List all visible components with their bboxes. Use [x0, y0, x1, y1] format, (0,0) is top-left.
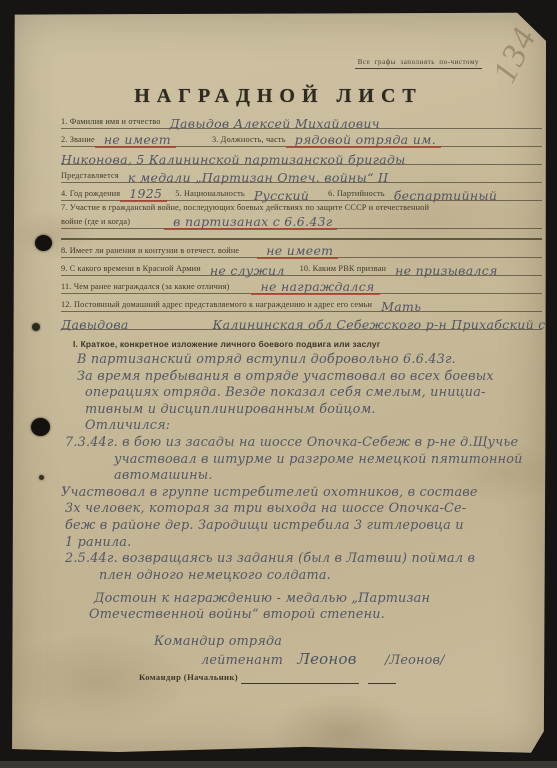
- field-birth-nationality-party-row: 4. Год рождения 1925 5. Национальность Р…: [61, 183, 542, 201]
- field-rvk-value: не призывался: [386, 264, 503, 277]
- field-presented-row: Представляется к медали „Партизан Отеч. …: [61, 165, 542, 183]
- field-party-value: беспартийный: [385, 189, 503, 202]
- punch-hole: [32, 323, 40, 331]
- field-war-participation-label: 7. Участие в гражданской войне, последую…: [61, 203, 429, 214]
- summary-conclusion-line: Достоин к награждению - медалью „Партиза…: [61, 592, 542, 606]
- field-party-label: 6. Партийность: [328, 189, 385, 200]
- summary-line: В партизанский отряд вступил добровольно…: [61, 353, 542, 367]
- award-form: 1. Фамилия имя и отчество Давыдов Алексе…: [61, 111, 542, 668]
- field-home-address-value-3: Калининская обл Себежского р-н Прихабски…: [204, 318, 557, 331]
- commander-signature: Леонов: [287, 650, 366, 668]
- field-army-since-label: 9. С какого времени в Красной Армии: [61, 264, 201, 275]
- summary-line: Участвовал в группе истребителей охотник…: [61, 486, 542, 500]
- summary-line: беж в районе дер. Зародищи истребила 3 г…: [61, 519, 542, 533]
- field-home-address-value-2: Давыдова: [61, 318, 134, 331]
- printed-signature-block: Командир (Начальник): [139, 672, 396, 684]
- field-previous-awards-label: 11. Чем ранее награждался (за какие отли…: [61, 282, 229, 293]
- award-sheet-page: 134 Все графы заполнять по-чистому НАГРА…: [11, 12, 546, 755]
- summary-line: 2.5.44г. возвращаясь из задания (был в Л…: [61, 552, 542, 566]
- field-previous-awards-row: 11. Чем ранее награждался (за какие отли…: [61, 276, 542, 294]
- field-rank-label: 2. Звание: [61, 135, 95, 146]
- summary-line: 7.3.44г. в бою из засады на шоссе Опочка…: [61, 436, 542, 450]
- summary-line: 1 ранила.: [61, 536, 542, 550]
- field-birth-year-label: 4. Год рождения: [61, 189, 120, 200]
- field-position-value: рядовой отряда им.: [286, 133, 441, 148]
- signature-line: лейтенант Леонов /Леонов/: [61, 652, 542, 668]
- summary-body: В партизанский отряд вступил добровольно…: [61, 353, 542, 668]
- field-war-participation-value: в партизанах с 6.6.43г: [164, 215, 337, 230]
- field-nationality-label: 5. Национальность: [175, 189, 245, 200]
- field-name-value: Давыдов Алексей Михайлович: [161, 117, 385, 130]
- printed-commander-label: Командир (Начальник): [139, 672, 238, 684]
- document-title: НАГРАДНОЙ ЛИСТ: [11, 85, 546, 108]
- field-wounds-row: 8. Имеет ли ранения и контузии в отечест…: [61, 240, 542, 258]
- field-position-label: 3. Должность, часть: [212, 135, 286, 146]
- field-nationality-value: Русский: [245, 189, 314, 202]
- summary-line: операциях отряда. Везде показал себя сме…: [61, 386, 542, 400]
- field-presented-label: Представляется: [61, 171, 119, 182]
- commander-name-paren: /Леонов/: [371, 653, 445, 668]
- field-wounds-value: не имеет: [257, 244, 338, 259]
- field-home-address-label: 12. Постоянный домашний адрес представля…: [61, 300, 372, 311]
- field-home-address-row-2: Давыдова Калининская обл Себежского р-н …: [61, 312, 542, 330]
- field-name-row: 1. Фамилия имя и отчество Давыдов Алексе…: [61, 111, 542, 129]
- field-war-participation-label-2: войне (где и когда): [61, 217, 130, 228]
- signature-blank-line: [241, 674, 359, 684]
- field-rvk-label: 10. Каким РВК призван: [300, 264, 387, 275]
- summary-line: Отличился:: [61, 419, 542, 433]
- commander-title-line: Командир отряда: [61, 635, 542, 649]
- form-instruction-note: Все графы заполнять по-чистому: [355, 58, 482, 69]
- field-rank-value: не имеет: [95, 133, 176, 148]
- commander-rank: лейтенант: [201, 653, 283, 668]
- summary-line: плен одного немецкого солдата.: [61, 569, 542, 583]
- punch-hole: [31, 418, 50, 436]
- field-war-participation-row-2: войне (где и когда) в партизанах с 6.6.4…: [61, 214, 542, 229]
- field-position-continuation-row: Никонова, 5 Калининской партизанской бри…: [61, 147, 542, 165]
- field-birth-year-value: 1925: [120, 187, 167, 202]
- punch-hole: [35, 235, 52, 251]
- field-rank-position-row: 2. Звание не имеет 3. Должность, часть р…: [61, 129, 542, 147]
- field-home-address-value: Мать: [372, 300, 426, 313]
- field-army-service-row: 9. С какого времени в Красной Армии не с…: [61, 258, 542, 276]
- field-wounds-label: 8. Имеет ли ранения и контузии в отечест…: [61, 246, 239, 257]
- summary-section-heading: I. Краткое, конкретное изложение личного…: [73, 339, 542, 349]
- summary-conclusion-line: Отечественной войны“ второй степени.: [61, 608, 542, 622]
- summary-line: участвовал в штурме и разгроме немецкой …: [61, 453, 542, 467]
- summary-line: За время пребывания в отряде участвовал …: [61, 370, 542, 384]
- pencil-page-number: 134: [486, 21, 545, 89]
- field-position-value-2: Никонова, 5 Калининской партизанской бри…: [61, 153, 411, 166]
- field-presented-value: к медали „Партизан Отеч. войны“ II: [119, 171, 394, 184]
- summary-line: тивным и дисциплинированным бойцом.: [61, 403, 542, 417]
- field-previous-awards-value: не награждался: [251, 280, 379, 295]
- paper-speck: [39, 475, 44, 480]
- signature-blank-line-2: [368, 674, 396, 684]
- field-army-since-value: не служил: [201, 264, 290, 277]
- field-name-label: 1. Фамилия имя и отчество: [61, 117, 161, 128]
- field-home-address-row-1: 12. Постоянный домашний адрес представля…: [61, 294, 542, 312]
- summary-line: автомашины.: [61, 469, 542, 483]
- summary-line: 3х человек, которая за три выхода на шос…: [61, 502, 542, 516]
- scan-edge-strip: [0, 761, 557, 768]
